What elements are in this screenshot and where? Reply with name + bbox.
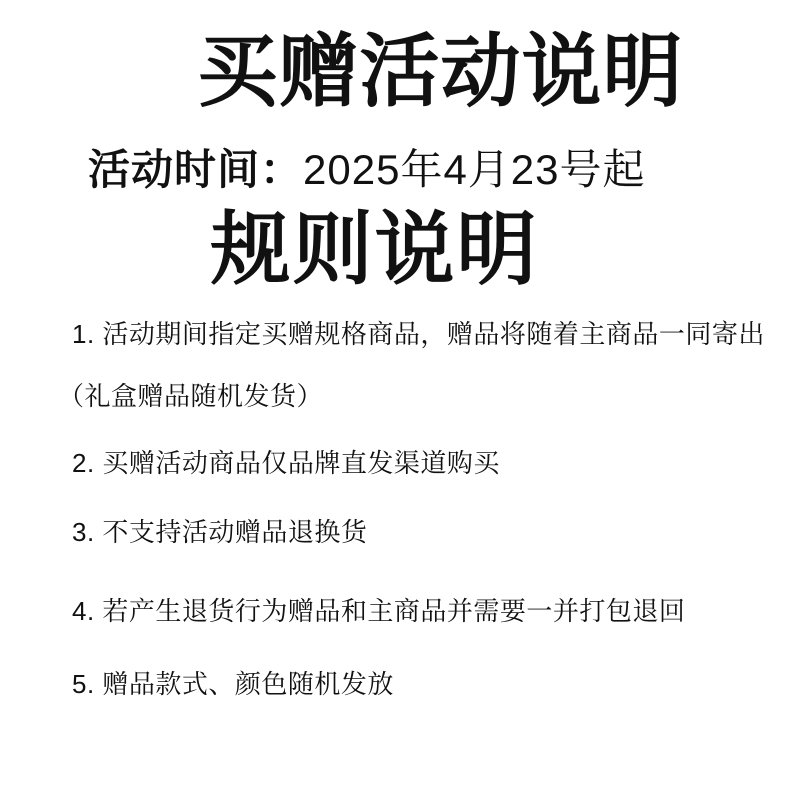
rule-item: （礼盒赠品随机发货）: [58, 378, 771, 414]
activity-time-value: 2025年4月23号起: [303, 146, 646, 193]
rule-item: 4. 若产生退货行为赠品和主商品并需要一并打包退回: [72, 593, 771, 629]
rules-list: 1. 活动期间指定买赠规格商品，赠品将随着主商品一同寄出（礼盒赠品随机发货）2.…: [72, 316, 771, 702]
activity-time-label: 活动时间：: [88, 146, 303, 193]
rule-item: 3. 不支持活动赠品退换货: [72, 514, 771, 550]
rules-section-title: 规则说明: [0, 208, 801, 292]
activity-notice-page: 买赠活动说明 活动时间：2025年4月23号起 规则说明 1. 活动期间指定买赠…: [0, 0, 801, 801]
rule-item: 2. 买赠活动商品仅品牌直发渠道购买: [72, 445, 771, 481]
page-title: 买赠活动说明: [0, 0, 801, 114]
rule-item: 1. 活动期间指定买赠规格商品，赠品将随着主商品一同寄出: [72, 316, 771, 352]
activity-time: 活动时间：2025年4月23号起: [88, 146, 801, 194]
rule-item: 5. 赠品款式、颜色随机发放: [72, 666, 771, 702]
